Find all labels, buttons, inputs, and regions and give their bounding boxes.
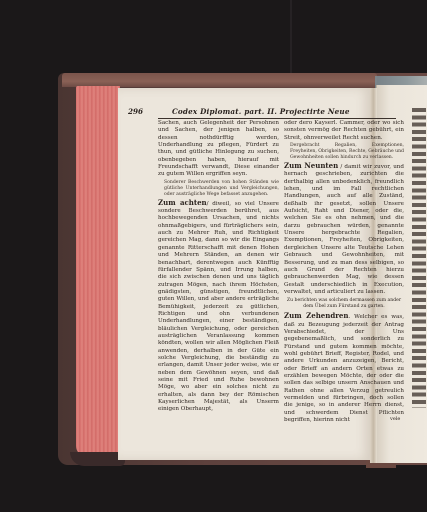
section-heading: Zum achten — [158, 198, 207, 207]
marginal-note: Sonderer Beschwerden von hohen Ständen w… — [158, 180, 279, 198]
page-number: 296 — [128, 107, 143, 116]
book-cover-top-edge — [62, 73, 377, 87]
running-title: Codex Diplomat. part. II. Projectirte Ne… — [172, 107, 350, 116]
right-page-text-edge — [412, 108, 426, 408]
marginal-note: Zu berichten was solchem dermassen zum a… — [284, 298, 404, 310]
catchword: vele — [390, 416, 400, 422]
background-seam — [290, 0, 292, 78]
marginal-note: Dergebracht Regalien, Exemptionen, Freyh… — [284, 143, 404, 161]
header-rule — [158, 118, 396, 119]
paragraph: Zum achten/ diweil, so viel Unsere sonde… — [158, 199, 279, 414]
left-text-column: Sachen, auch Gelegenheit der Persohnen u… — [158, 120, 279, 420]
paragraph: oder dero Kayserl. Cammer, oder wo sich … — [284, 120, 404, 142]
paragraph: Zum Neunten / damit wir zuvor, und herna… — [284, 162, 404, 296]
section-heading: Zum Zehendren — [284, 311, 348, 320]
paragraph: Zum Zehendren. Welcher es was, daß zu Be… — [284, 312, 404, 424]
paragraph: Sachen, auch Gelegenheit der Persohnen u… — [158, 120, 279, 179]
red-page-edges — [76, 86, 120, 456]
right-text-column: oder dero Kayserl. Cammer, oder wo sich … — [284, 120, 404, 425]
section-heading: Zum Neunten — [284, 161, 338, 170]
cover-bottom-corner — [70, 452, 125, 466]
